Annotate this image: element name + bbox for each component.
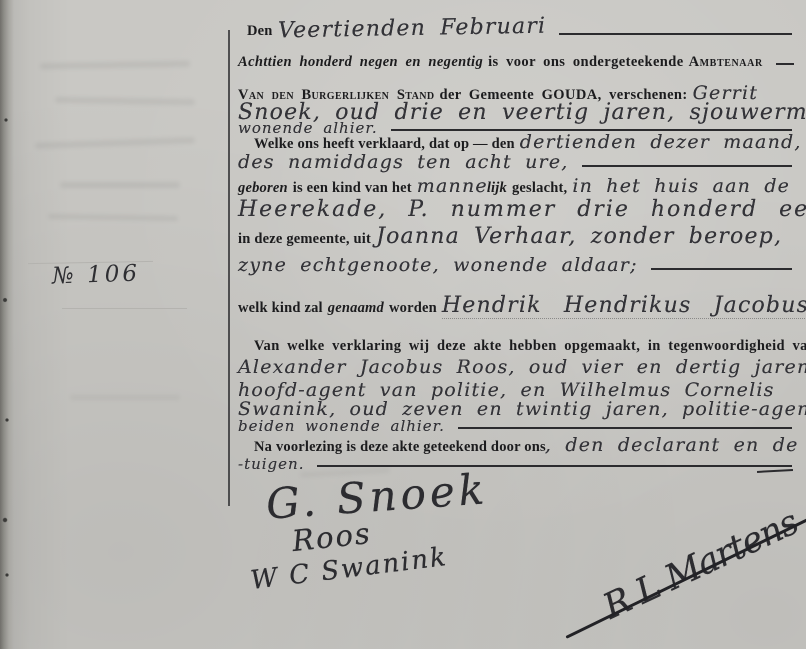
handwritten-address: Heerekade, P. nummer drie honderd een en… [238, 197, 806, 222]
bleedthrough-mark [40, 61, 190, 70]
printed-text: welk kind zal [238, 300, 323, 317]
birth-certificate-scan: № 106 Den Veertienden Februari Achttien … [0, 0, 806, 649]
printed-text: is voor ons ondergeteekende [488, 54, 683, 71]
printed-text: in deze gemeente, uit [238, 231, 371, 248]
ruled-line [651, 268, 792, 270]
bleedthrough-mark [55, 97, 195, 105]
line-gender: geboren is een kind van het manne lijk g… [238, 175, 794, 197]
ruled-line [559, 33, 792, 35]
line-birthtime: des namiddags ten acht ure, [238, 151, 794, 173]
handwritten-birthdate: dertienden dezer maand, [520, 131, 802, 153]
line-spouse: zyne echtgenoote, wonende aldaar; [238, 254, 794, 276]
line-year: Achttien honderd negen en negentig is vo… [238, 54, 794, 71]
line-declaration: Welke ons heeft verklaard, dat op — den … [238, 131, 794, 153]
line-closing: Na voorlezing is deze akte geteekend doo… [238, 434, 794, 456]
bleedthrough-mark [70, 395, 180, 400]
handwritten-witness-residence: beiden wonende alhier. [238, 417, 445, 435]
faint-margin-line [62, 308, 187, 309]
bleedthrough-mark [60, 182, 180, 188]
handwritten-mother-name: Joanna Verhaar, zonder beroep, [376, 224, 782, 249]
printed-text: lijk [487, 180, 507, 197]
handwritten-date: Veertienden Februari [277, 14, 546, 44]
handwritten-birthplace-intro: in het huis aan de [572, 175, 790, 197]
act-number: № 106 [52, 260, 141, 289]
line-witness-residence: beiden wonende alhier. [238, 417, 794, 435]
margin-rule [228, 30, 230, 506]
line-closing-cont: -tuigen. [238, 455, 794, 473]
handwritten-birthtime: des namiddags ten acht ure, [238, 151, 569, 173]
printed-text: is een kind van het [293, 180, 412, 197]
handwritten-child-name: Hendrik Hendrikus Jacobus. [442, 293, 806, 319]
line-mother: in deze gemeente, uit Joanna Verhaar, zo… [238, 224, 794, 249]
bleedthrough-mark [35, 137, 195, 149]
handwritten-witness1: Alexander Jacobus Roos, oud vier en dert… [238, 356, 806, 378]
ruled-line [776, 63, 794, 65]
printed-text: genaamd [328, 300, 384, 317]
ruled-line [458, 427, 792, 429]
printed-text: Na voorlezing is deze akte geteekend doo… [254, 439, 546, 456]
line-witness-intro: Van welke verklaring wij deze akte hebbe… [238, 338, 794, 355]
printed-text: worden [389, 300, 437, 317]
ruled-line [317, 465, 792, 467]
handwritten-gender: manne [417, 175, 488, 197]
line-witness1: Alexander Jacobus Roos, oud vier en dert… [238, 356, 794, 378]
line-child-name: welk kind zal genaamd worden Hendrik Hen… [238, 293, 794, 319]
binding-specks [2, 0, 10, 649]
line-date: Den Veertienden Februari [238, 16, 794, 41]
printed-text: Van welke verklaring wij deze akte hebbe… [254, 338, 806, 355]
printed-text: geboren [238, 180, 288, 197]
handwritten-closing-cont: -tuigen. [238, 455, 304, 473]
handwritten-spouse-text: zyne echtgenoote, wonende aldaar; [238, 254, 638, 276]
printed-official-title: Ambtenaar [689, 54, 763, 71]
printed-text: geslacht, [512, 180, 567, 197]
printed-year-text: Achttien honderd negen en negentig [238, 54, 483, 71]
line-address: Heerekade, P. nummer drie honderd een en… [238, 197, 794, 222]
bleedthrough-mark [48, 214, 178, 221]
handwritten-closing: , den declarant en de ge- [545, 434, 806, 456]
printed-text: Den [247, 23, 273, 40]
ruled-line [582, 165, 793, 167]
